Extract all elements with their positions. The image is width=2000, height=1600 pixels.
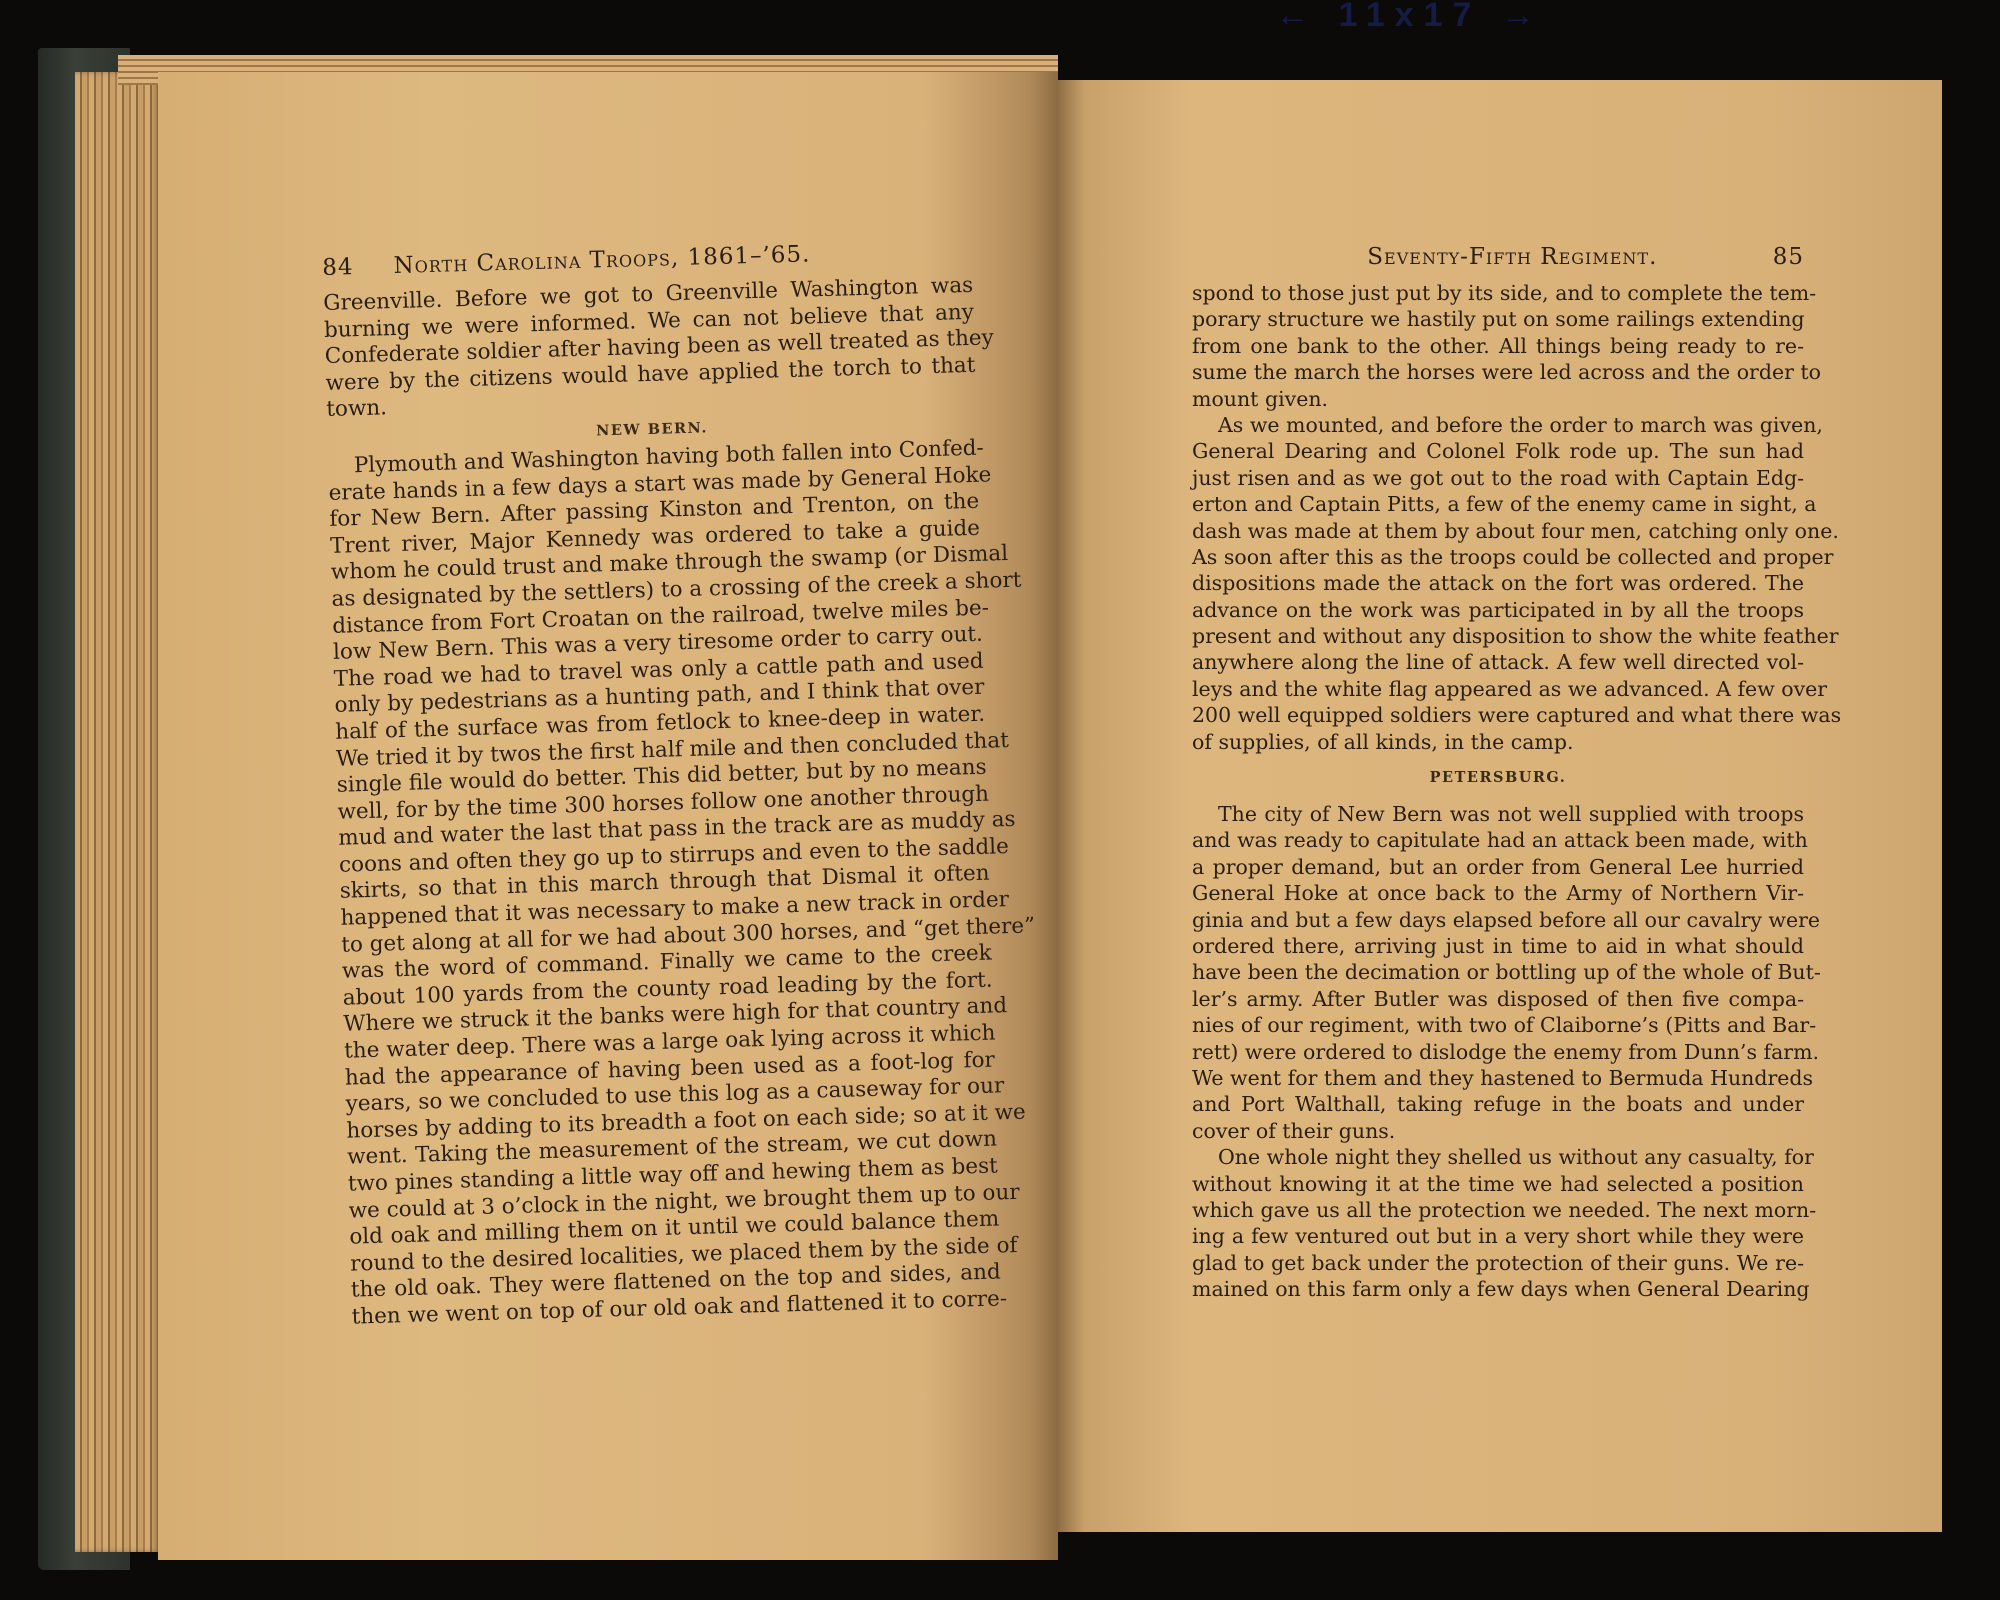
scan-size-marker: ← 11x17 →: [1230, 0, 1590, 30]
text-line: present and without any disposition to s…: [1192, 623, 1804, 649]
text-line: and Port Walthall, taking refuge in the …: [1192, 1091, 1804, 1117]
left-page-text: 84 North Carolina Troops, 1861–’65. Gree…: [322, 237, 1002, 1331]
text-line: cover of their guns.: [1192, 1118, 1804, 1144]
text-line: rett) were ordered to dislodge the enemy…: [1192, 1039, 1804, 1065]
text-line: 200 well equipped soldiers were captured…: [1192, 702, 1804, 728]
paragraph: spond to those just put by its side, and…: [1192, 280, 1804, 412]
text-line: As we mounted, and before the order to m…: [1192, 412, 1804, 438]
text-line: dispositions made the attack on the fort…: [1192, 570, 1804, 596]
paragraph: One whole night they shelled us without …: [1192, 1144, 1804, 1302]
text-line: anywhere along the line of attack. A few…: [1192, 649, 1804, 675]
text-line: and was ready to capitulate had an attac…: [1192, 827, 1804, 853]
text-line: have been the decimation or bottling up …: [1192, 959, 1804, 985]
text-line: ing a few ventured out but in a very sho…: [1192, 1223, 1804, 1249]
text-line: porary structure we hastily put on some …: [1192, 306, 1804, 332]
page-number: 84: [322, 254, 354, 281]
text-line: ler’s army. After Butler was disposed of…: [1192, 986, 1804, 1012]
text-line: One whole night they shelled us without …: [1192, 1144, 1804, 1170]
text-line: which gave us all the protection we need…: [1192, 1197, 1804, 1223]
paragraph: Greenville. Before we got to Greenville …: [323, 273, 976, 424]
running-head-title: Seventy-Fifth Regiment.: [1252, 244, 1773, 270]
text-line: without knowing it at the time we had se…: [1192, 1171, 1804, 1197]
page-number: 85: [1773, 244, 1804, 270]
text-line: glad to get back under the protection of…: [1192, 1250, 1804, 1276]
text-line: We went for them and they hastened to Be…: [1192, 1065, 1804, 1091]
paragraph: As we mounted, and before the order to m…: [1192, 412, 1804, 755]
right-page-text: Seventy-Fifth Regiment. 85 spond to thos…: [1192, 244, 1804, 1302]
page-edges: [75, 72, 160, 1552]
text-line: just risen and as we got out to the road…: [1192, 465, 1804, 491]
text-line: ordered there, arriving just in time to …: [1192, 933, 1804, 959]
text-line: from one bank to the other. All things b…: [1192, 333, 1804, 359]
text-line: General Dearing and Colonel Folk rode up…: [1192, 438, 1804, 464]
text-line: nies of our regiment, with two of Claibo…: [1192, 1012, 1804, 1038]
paragraph: Plymouth and Washington having both fall…: [328, 436, 1002, 1331]
text-line: dash was made at them by about four men,…: [1192, 518, 1804, 544]
paragraph: The city of New Bern was not well suppli…: [1192, 801, 1804, 1144]
text-line: spond to those just put by its side, and…: [1192, 280, 1804, 306]
text-line: advance on the work was participated in …: [1192, 597, 1804, 623]
text-line: of supplies, of all kinds, in the camp.: [1192, 729, 1804, 755]
text-line: erton and Captain Pitts, a few of the en…: [1192, 491, 1804, 517]
text-line: General Hoke at once back to the Army of…: [1192, 880, 1804, 906]
text-line: As soon after this as the troops could b…: [1192, 544, 1804, 570]
text-line: a proper demand, but an order from Gener…: [1192, 854, 1804, 880]
right-running-head: Seventy-Fifth Regiment. 85: [1192, 244, 1804, 270]
text-line: mained on this farm only a few days when…: [1192, 1276, 1804, 1302]
text-line: The city of New Bern was not well suppli…: [1192, 801, 1804, 827]
section-title: PETERSBURG.: [1192, 763, 1804, 793]
text-line: sume the march the horses were led acros…: [1192, 359, 1804, 385]
text-line: mount given.: [1192, 386, 1804, 412]
text-line: leys and the white flag appeared as we a…: [1192, 676, 1804, 702]
text-line: ginia and but a few days elapsed before …: [1192, 907, 1804, 933]
